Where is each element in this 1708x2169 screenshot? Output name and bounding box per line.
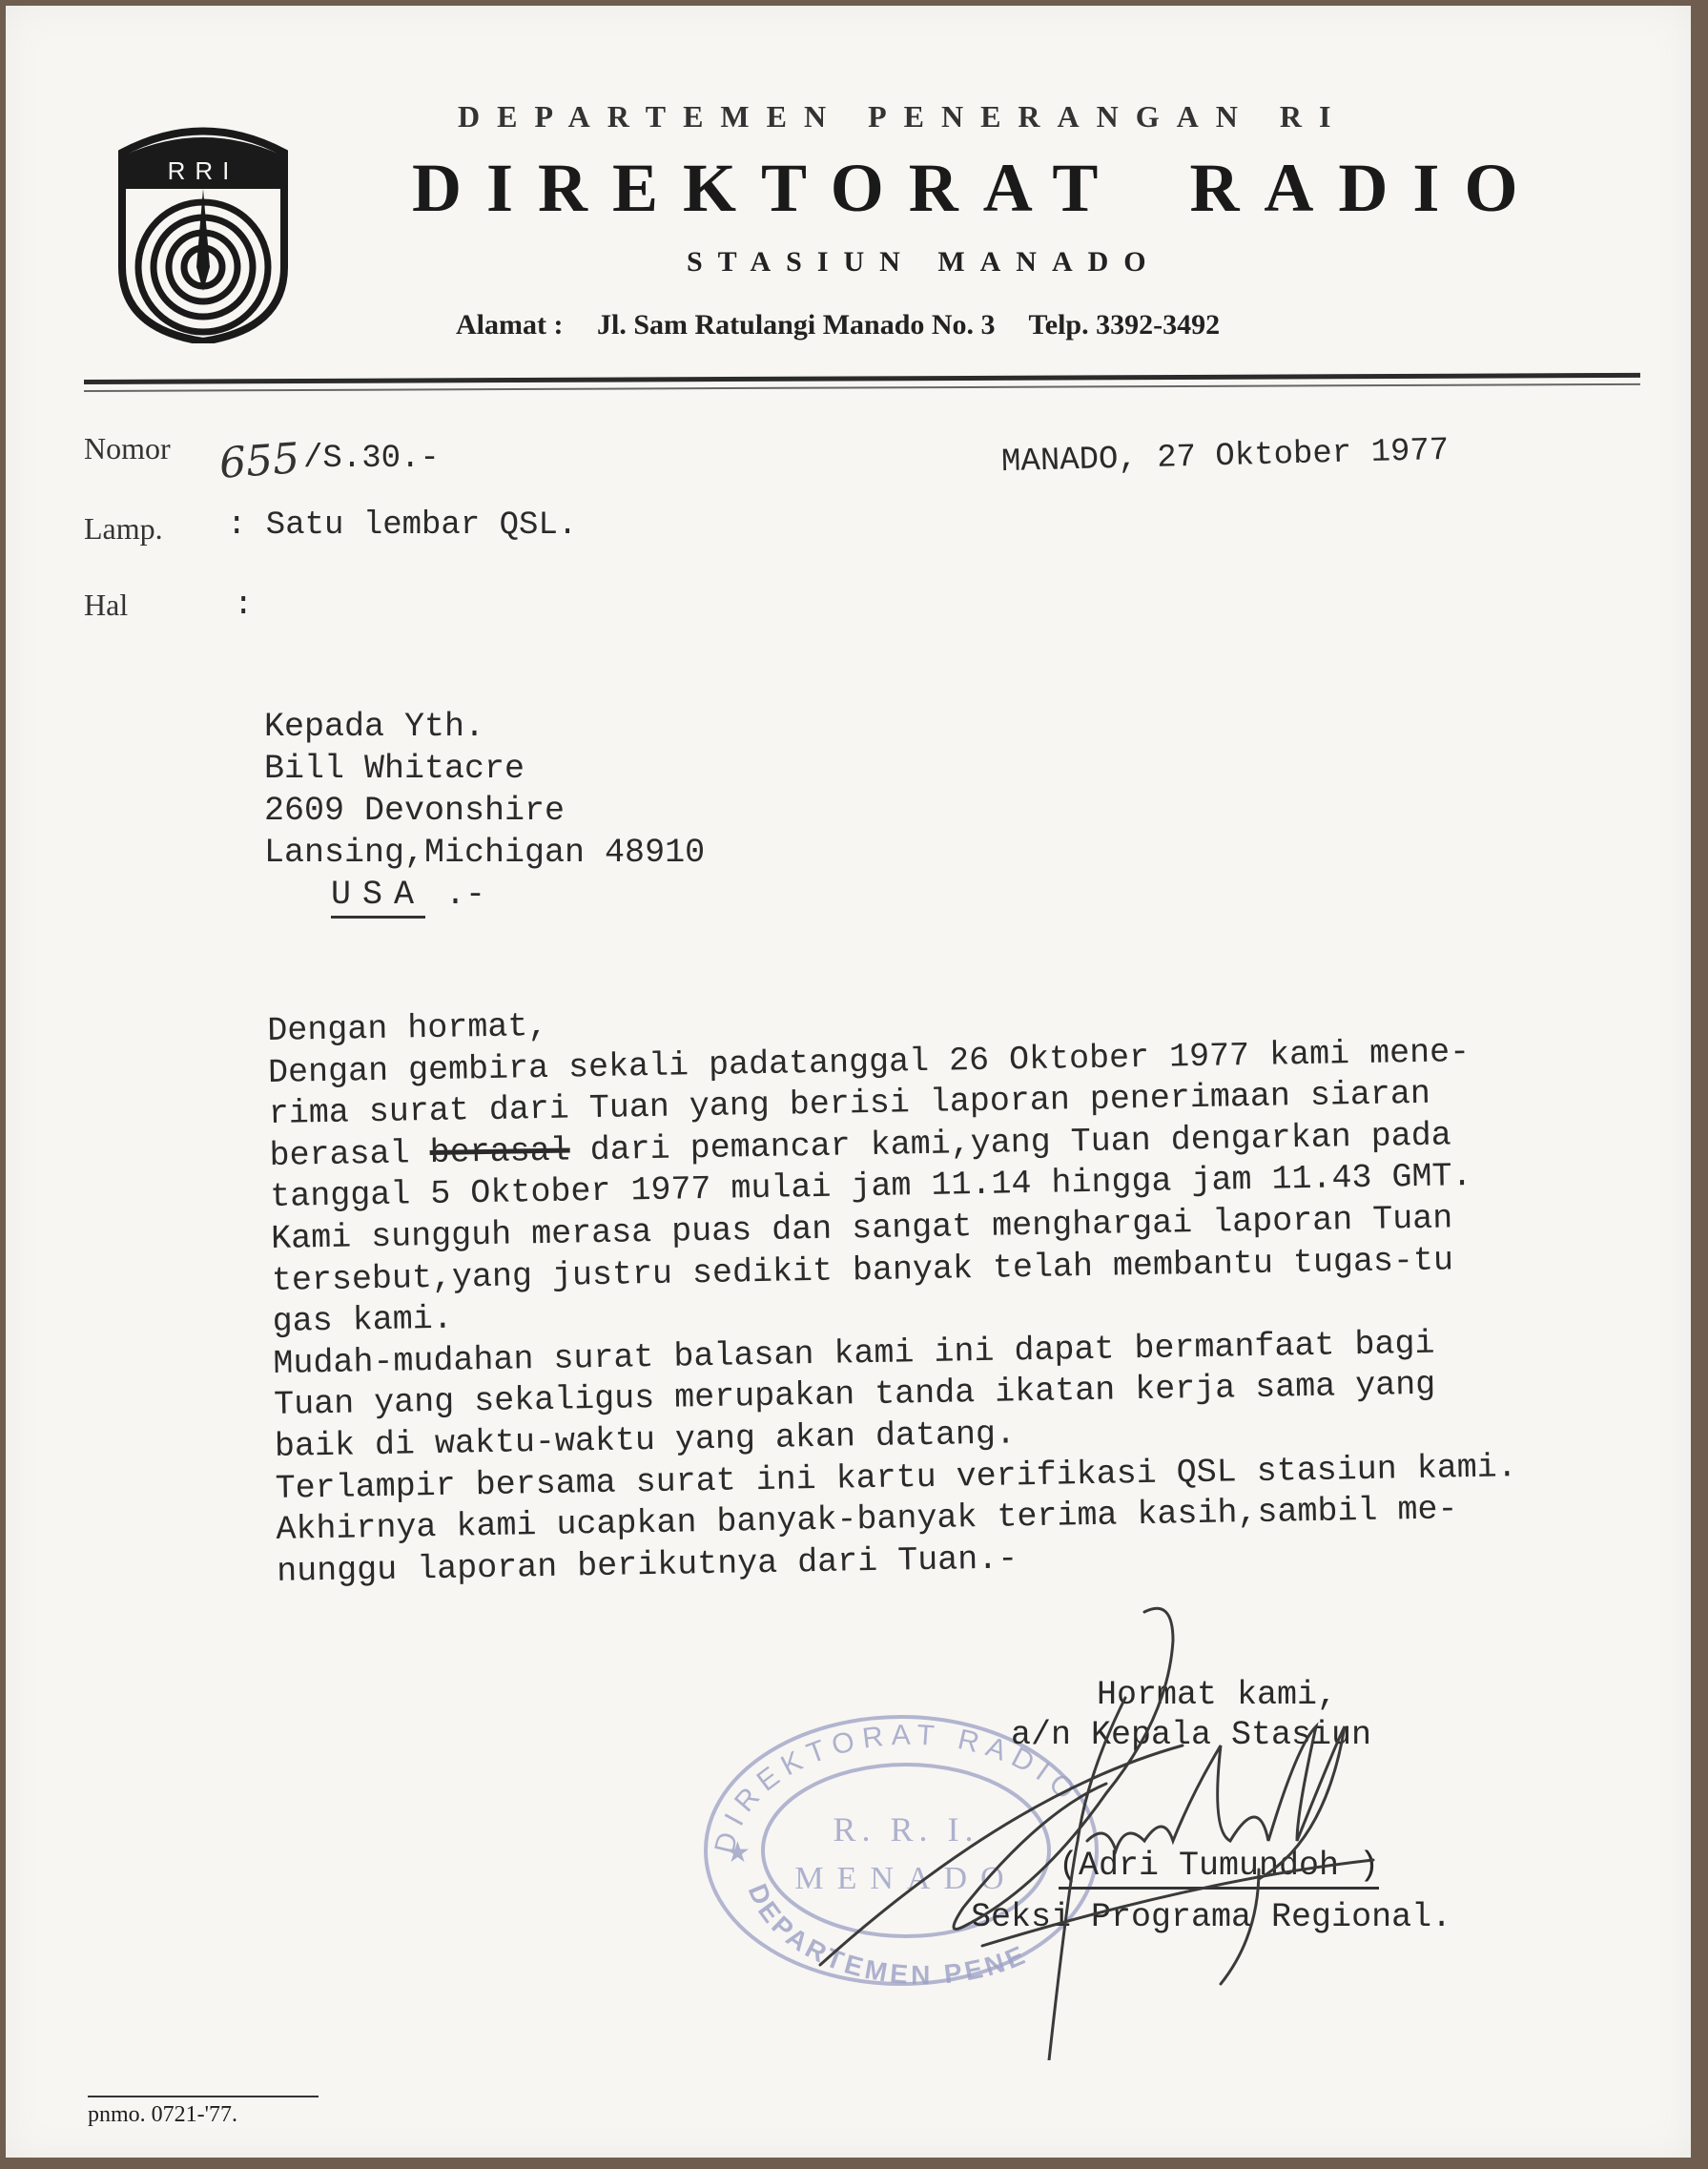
svg-text:RRI: RRI — [168, 156, 239, 185]
hal-value: : — [234, 588, 253, 624]
rri-logo-icon: RRI — [113, 114, 294, 343]
station-name: STASIUN MANADO — [687, 246, 1162, 279]
hal-label: Hal — [84, 588, 128, 623]
address-label: Alamat : — [456, 309, 563, 341]
address-line: Alamat : Jl. Sam Ratulangi Manado No. 3 … — [456, 309, 1246, 341]
nomor-label: Nomor — [84, 431, 171, 466]
directorate-title-right: RADIO — [1189, 150, 1542, 226]
handwritten-signature — [725, 1602, 1488, 2060]
nomor-value: /S.30.- — [303, 441, 440, 477]
recipient-to: Kepada Yth. — [264, 706, 705, 748]
struck-word: berasal — [429, 1131, 570, 1172]
lamp-label: Lamp. — [84, 511, 163, 547]
address-value: Jl. Sam Ratulangi Manado No. 3 — [597, 309, 996, 341]
recipient-country: USA — [331, 874, 425, 919]
recipient-street: 2609 Devonshire — [264, 790, 705, 832]
footer-rule — [88, 2096, 319, 2097]
letter-body: Dengan hormat, Dengan gembira sekali pad… — [267, 986, 1688, 1593]
recipient-address: Kepada Yth. Bill Whitacre 2609 Devonshir… — [264, 706, 705, 919]
footer-code: pnmo. 0721-'77. — [88, 2102, 237, 2128]
directorate-title-left: DIREKTORAT — [412, 150, 1122, 226]
phone-value: Telp. 3392-3492 — [1029, 309, 1221, 341]
directorate-title: DIREKTORATRADIO — [412, 149, 1556, 228]
recipient-country-suffix: .- — [445, 876, 485, 914]
department-name: DEPARTEMEN PENERANGAN RI — [458, 99, 1507, 134]
nomor-handwritten: 655 — [217, 434, 300, 488]
recipient-city: Lansing,Michigan 48910 — [264, 832, 705, 874]
lamp-value: : Satu lembar QSL. — [227, 507, 577, 544]
recipient-name: Bill Whitacre — [264, 748, 705, 790]
